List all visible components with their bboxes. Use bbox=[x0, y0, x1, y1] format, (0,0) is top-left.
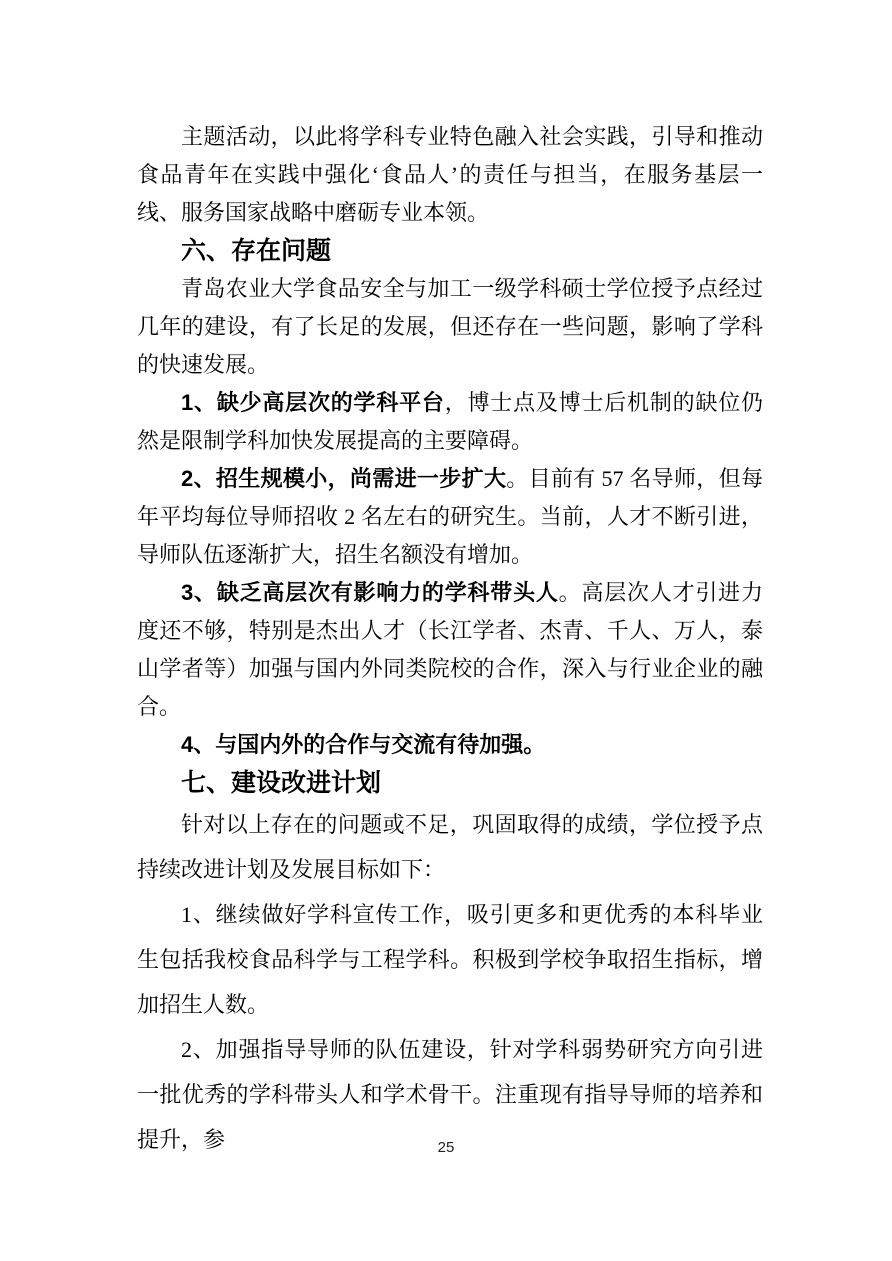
problem-item-3-title: 3、缺乏高层次有影响力的学科带头人 bbox=[181, 580, 559, 605]
problem-item-3: 3、缺乏高层次有影响力的学科带头人。高层次人才引进力度还不够，特别是杰出人才（长… bbox=[137, 574, 763, 726]
problem-item-1: 1、缺少高层次的学科平台，博士点及博士后机制的缺位仍然是限制学科加快发展提高的主… bbox=[137, 384, 763, 460]
problem-item-2-title: 2、招生规模小，尚需进一步扩大 bbox=[181, 466, 506, 491]
problem-item-1-title: 1、缺少高层次的学科平台 bbox=[181, 390, 445, 415]
paragraph-intro-continuation: 主题活动，以此将学科专业特色融入社会实践，引导和推动食品青年在实践中强化‘食品人… bbox=[137, 118, 763, 232]
page-number: 25 bbox=[0, 1139, 892, 1156]
paragraph-plans-intro: 针对以上存在的问题或不足，巩固取得的成绩，学位授予点持续改进计划及发展目标如下： bbox=[137, 802, 763, 892]
plan-item-1: 1、继续做好学科宣传工作，吸引更多和更优秀的本科毕业生包括我校食品科学与工程学科… bbox=[137, 892, 763, 1027]
problem-item-4: 4、与国内外的合作与交流有待加强。 bbox=[137, 726, 763, 764]
document-body: 主题活动，以此将学科专业特色融入社会实践，引导和推动食品青年在实践中强化‘食品人… bbox=[137, 118, 763, 1162]
section-heading-problems: 六、存在问题 bbox=[137, 232, 763, 270]
document-page: 主题活动，以此将学科专业特色融入社会实践，引导和推动食品青年在实践中强化‘食品人… bbox=[0, 0, 892, 1261]
problem-item-2: 2、招生规模小，尚需进一步扩大。目前有 57 名导师，但每年平均每位导师招收 2… bbox=[137, 460, 763, 574]
paragraph-problems-intro: 青岛农业大学食品安全与加工一级学科硕士学位授予点经过几年的建设，有了长足的发展，… bbox=[137, 270, 763, 384]
problem-item-4-title: 4、与国内外的合作与交流有待加强。 bbox=[181, 732, 545, 757]
section-heading-plans: 七、建设改进计划 bbox=[137, 764, 763, 802]
